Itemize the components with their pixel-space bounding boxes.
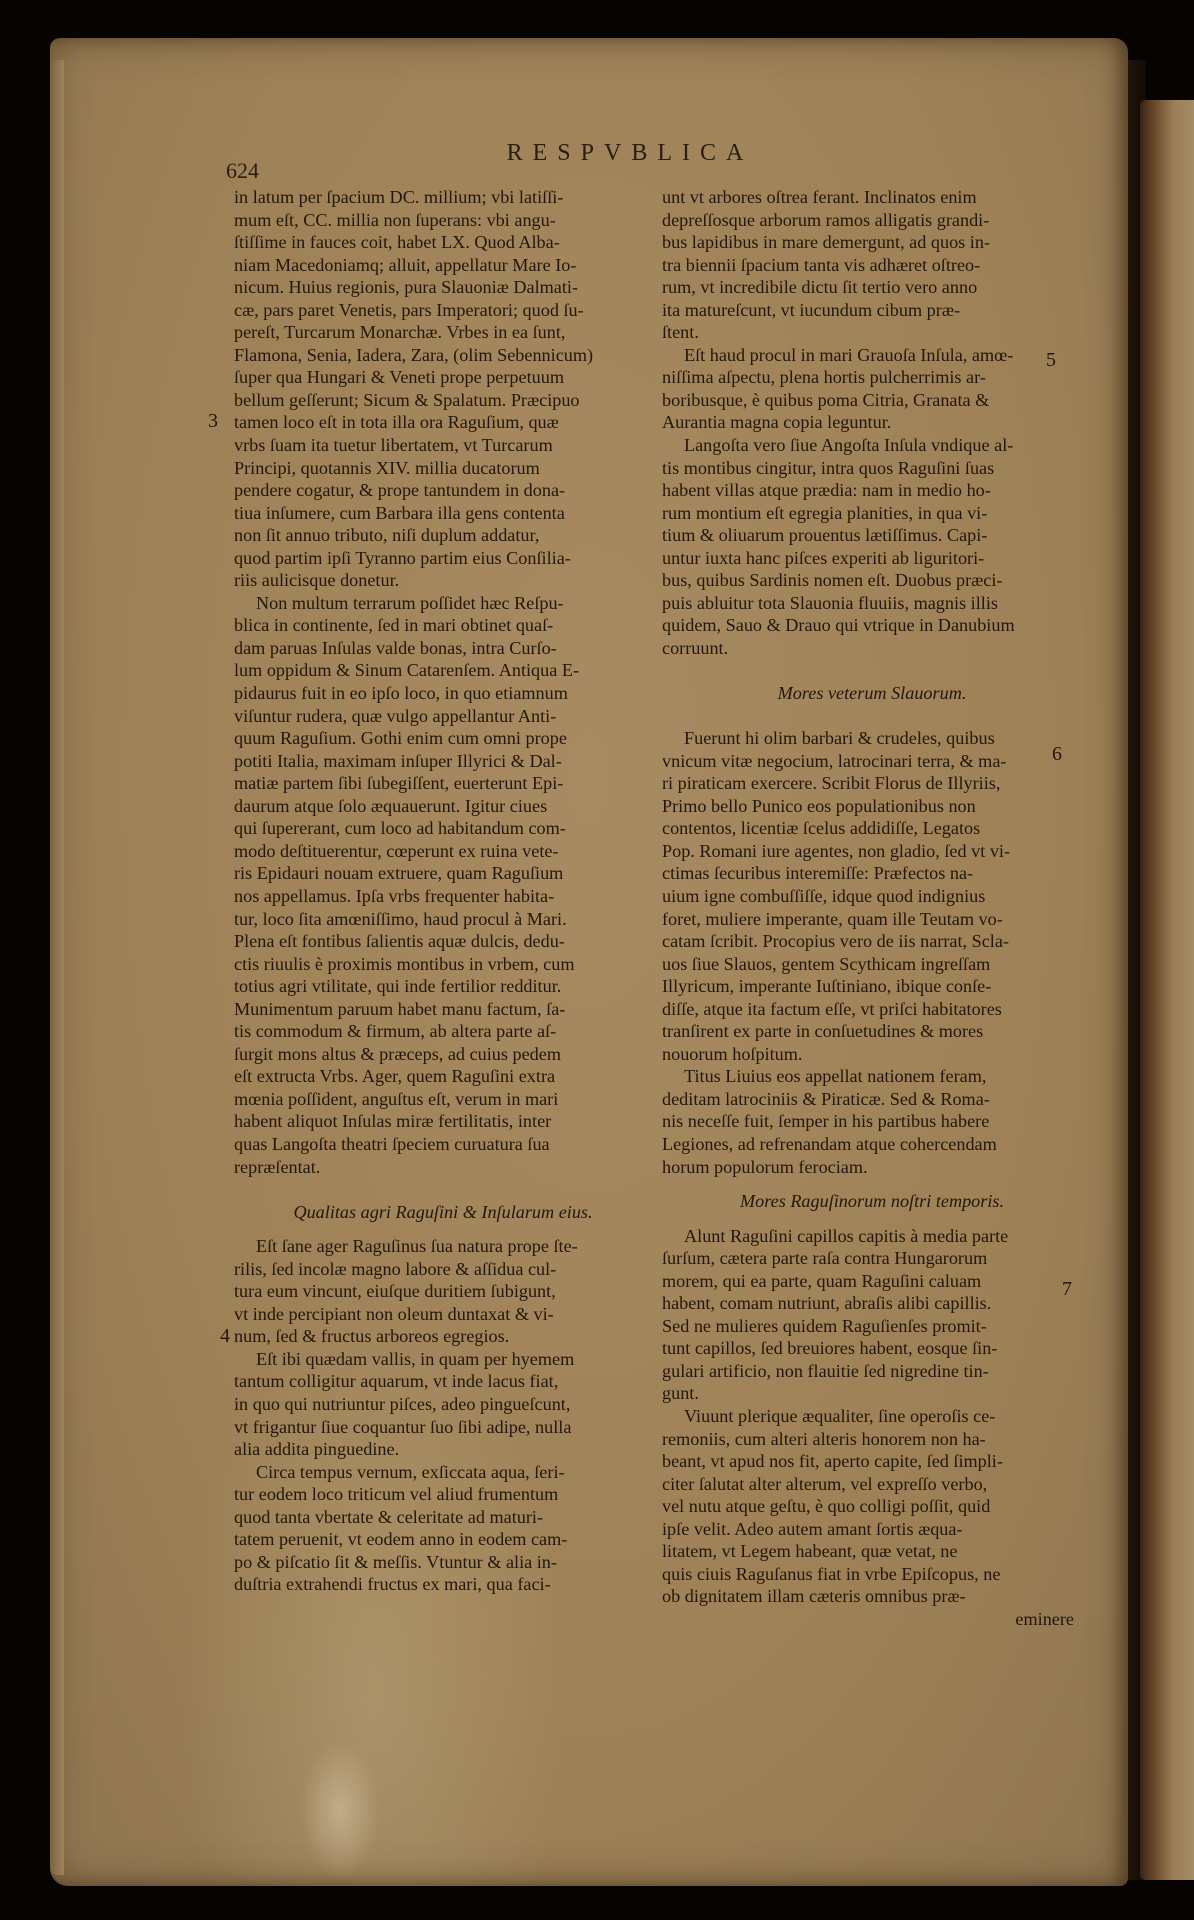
- text-line: cæ, pars paret Venetis, pars Imperatori;…: [234, 299, 652, 322]
- text-line: nouorum hoſpitum.: [662, 1043, 1082, 1066]
- text-line: vt frigantur ſiue coquantur ſuo ſibi adi…: [234, 1416, 652, 1439]
- text-line: non ſit annuo tributo, niſi duplum addat…: [234, 524, 652, 547]
- text-line: niſſima aſpectu, plena hortis pulcherrim…: [662, 366, 1082, 389]
- text-line: tunt capillos, ſed breuiores habent, eos…: [662, 1337, 1082, 1360]
- spacer: [662, 705, 1082, 728]
- text-line: Sed ne mulieres quidem Raguſienſes promi…: [662, 1315, 1082, 1338]
- text-line: tis commodum & firmum, ab altera parte a…: [234, 1020, 652, 1043]
- text-line: morem, qui ea parte, quam Raguſini calua…: [662, 1270, 1082, 1293]
- paper-stain: [300, 1740, 380, 1880]
- text-line: bus, quibus Sardinis nomen eſt. Duobus p…: [662, 569, 1082, 592]
- text-line: alia addita pinguedine.: [234, 1438, 652, 1461]
- text-line: tamen loco eſt in tota illa ora Raguſium…: [234, 411, 652, 434]
- text-line: tantum colligitur aquarum, vt inde lacus…: [234, 1370, 652, 1393]
- text-line: habent aliquot Inſulas miræ fertilitatis…: [234, 1110, 652, 1133]
- text-line: Illyricum, imperante Iuſtiniano, ibique …: [662, 975, 1082, 998]
- adjacent-page-edge: [1140, 100, 1194, 1880]
- text-line: ris Epidauri nouam extruere, quam Raguſi…: [234, 862, 652, 885]
- text-line: Eſt ibi quædam vallis, in quam per hyeme…: [234, 1348, 652, 1371]
- text-line: litatem, vt Legem habeant, quæ vetat, ne: [662, 1540, 1082, 1563]
- text-line: Primo bello Punico eos populationibus no…: [662, 795, 1082, 818]
- text-line: deditam latrociniis & Piraticæ. Sed & Ro…: [662, 1088, 1082, 1111]
- text-line: ctis riuulis è proximis montibus in vrbe…: [234, 953, 652, 976]
- text-line: dam paruas Inſulas valde bonas, intra Cu…: [234, 637, 652, 660]
- text-line: quis ciuis Raguſanus fiat in vrbe Epiſco…: [662, 1563, 1082, 1586]
- text-line: ita matureſcunt, vt iucundum cibum præ-: [662, 299, 1082, 322]
- text-line: habent, comam nutriunt, abraſis alibi ca…: [662, 1292, 1082, 1315]
- text-line: boribusque, è quibus poma Citria, Granat…: [662, 389, 1082, 412]
- text-line: tur, loco ſita amœniſſimo, haud procul à…: [234, 908, 652, 931]
- page-stack-edge: [50, 60, 64, 1875]
- text-line: num, ſed & fructus arboreos egregios.: [234, 1325, 652, 1348]
- text-line: beant, vt apud nos fit, aperto capite, ſ…: [662, 1450, 1082, 1473]
- text-line: nos appellamus. Ipſa vrbs frequenter hab…: [234, 885, 652, 908]
- running-head: RESPVBLICA: [500, 140, 760, 167]
- text-line: ipſe velit. Adeo autem amant ſortis æqua…: [662, 1518, 1082, 1541]
- margin-number-left: 3: [208, 410, 218, 433]
- text-line: Flamona, Senia, Iadera, Zara, (olim Sebe…: [234, 344, 652, 367]
- text-line: Munimentum paruum habet manu factum, ſa-: [234, 998, 652, 1021]
- text-line: Pop. Romani iure agentes, non gladio, ſe…: [662, 840, 1082, 863]
- text-line: untur iuxta hanc piſces experiti ab ligu…: [662, 547, 1082, 570]
- text-line: mœnia poſſident, anguſtus eſt, verum in …: [234, 1088, 652, 1111]
- text-line: repræſentat.: [234, 1156, 652, 1179]
- text-line: uium igne combuſſiſſe, idque quod indign…: [662, 885, 1082, 908]
- text-line: catam ſcribit. Procopius vero de iis nar…: [662, 930, 1082, 953]
- section-heading: Qualitas agri Raguſini & Inſularum eius.: [234, 1201, 652, 1224]
- margin-number-left: 4: [220, 1325, 230, 1348]
- text-line: vt inde percipiant non oleum duntaxat & …: [234, 1303, 652, 1326]
- text-line: ctimas ſecuribus interemiſſe: Præfectos …: [662, 862, 1082, 885]
- spacer: [234, 1223, 652, 1235]
- text-line: Alunt Raguſini capillos capitis à media …: [662, 1225, 1082, 1248]
- text-line: ſtiſſime in fauces coit, habet LX. Quod …: [234, 231, 652, 254]
- text-line: tis montibus cingitur, intra quos Raguſi…: [662, 457, 1082, 480]
- text-line: duſtria extrahendi fructus ex mari, qua …: [234, 1573, 652, 1596]
- text-line: ſuper qua Hungari & Veneti prope perpetu…: [234, 366, 652, 389]
- text-line: vnicum vitæ negocium, latrocinari terra,…: [662, 750, 1082, 773]
- spacer: [234, 1178, 652, 1201]
- text-line: niam Macedoniamq; alluit, appellatur Mar…: [234, 254, 652, 277]
- text-line: contentos, licentiæ ſcelus addidiſſe, Le…: [662, 817, 1082, 840]
- text-line: gulari artificio, non flauitie ſed nigre…: [662, 1360, 1082, 1383]
- text-line: rum montium eſt egregia planities, in qu…: [662, 502, 1082, 525]
- text-line: Langoſta vero ſiue Angoſta Inſula vndiqu…: [662, 434, 1082, 457]
- text-line: lum oppidum & Sinum Catarenſem. Antiqua …: [234, 659, 652, 682]
- text-line: nicum. Huius regionis, pura Slauoniæ Dal…: [234, 276, 652, 299]
- text-line: quod tanta vbertate & celeritate ad matu…: [234, 1506, 652, 1529]
- text-line: tiua inſumere, cum Barbara illa gens con…: [234, 502, 652, 525]
- text-line: tium & oliuarum prouentus lætiſſimus. Ca…: [662, 524, 1082, 547]
- text-line: bus lapidibus in mare demergunt, ad quos…: [662, 231, 1082, 254]
- text-line: ri piraticam exercere. Scribit Florus de…: [662, 772, 1082, 795]
- text-line: riis aulicisque donetur.: [234, 569, 652, 592]
- text-line: ob dignitatem illam cæteris omnibus præ-: [662, 1585, 1082, 1608]
- text-line: foret, muliere imperante, quam ille Teut…: [662, 908, 1082, 931]
- text-line: tatem peruenit, vt eodem anno in eodem c…: [234, 1528, 652, 1551]
- text-line: uos ſiue Slauos, gentem Scythicam ingreſ…: [662, 953, 1082, 976]
- text-line: tur eodem loco triticum vel aliud frumen…: [234, 1483, 652, 1506]
- text-line: ſurgit mons altus & præceps, ad cuius pe…: [234, 1043, 652, 1066]
- text-line: Aurantia magna copia leguntur.: [662, 411, 1082, 434]
- text-line: pereſt, Turcarum Monarchæ. Vrbes in ea ſ…: [234, 321, 652, 344]
- text-line: bellum geſſerunt; Sicum & Spalatum. Præc…: [234, 389, 652, 412]
- text-line: eſt extructa Vrbs. Ager, quem Raguſini e…: [234, 1065, 652, 1088]
- text-line: habent villas atque prædia: nam in medio…: [662, 479, 1082, 502]
- text-line: Fuerunt hi olim barbari & crudeles, quib…: [662, 727, 1082, 750]
- text-line: Plena eſt fontibus ſalientis aquæ dulcis…: [234, 930, 652, 953]
- text-line: Eſt haud procul in mari Grauoſa Inſula, …: [662, 344, 1082, 367]
- text-line: Non multum terrarum poſſidet hæc Reſpu-: [234, 592, 652, 615]
- text-line: viſuntur rudera, quæ vulgo appellantur A…: [234, 705, 652, 728]
- text-line: quas Langoſta theatri ſpeciem curuatura …: [234, 1133, 652, 1156]
- text-line: rum, vt incredibile dictu ſit tertio ver…: [662, 276, 1082, 299]
- text-line: tra biennii ſpacium tanta vis adhæret oſ…: [662, 254, 1082, 277]
- text-line: pidaurus fuit in eo ipſo loco, in quo et…: [234, 682, 652, 705]
- text-line: tranſirent ex parte in conſuetudines & m…: [662, 1020, 1082, 1043]
- text-line: vrbs ſuam ita tuetur libertatem, vt Turc…: [234, 434, 652, 457]
- text-line: Eſt ſane ager Raguſinus ſua natura prope…: [234, 1235, 652, 1258]
- text-line: daurum atque ſolo æquauerunt. Igitur ciu…: [234, 795, 652, 818]
- text-line: matiæ partem ſibi ſubegiſſent, euerterun…: [234, 772, 652, 795]
- text-line: mum eſt, CC. millia non ſuperans: vbi an…: [234, 209, 652, 232]
- text-line: Circa tempus vernum, exſiccata aqua, ſer…: [234, 1461, 652, 1484]
- page-number: 624: [226, 158, 259, 184]
- text-line: vel nutu atque geſtu, è quo colligi poſſ…: [662, 1495, 1082, 1518]
- spacer: [662, 659, 1082, 682]
- catchword: eminere: [662, 1608, 1082, 1631]
- text-line: corruunt.: [662, 637, 1082, 660]
- text-line: potiti Italia, maximam inſuper Illyrici …: [234, 750, 652, 773]
- text-line: citer ſalutat alter alterum, vel expreſſ…: [662, 1473, 1082, 1496]
- spacer: [662, 1178, 1082, 1190]
- section-heading: Mores Raguſinorum noſtri temporis.: [662, 1190, 1082, 1213]
- text-line: pendere cogatur, & prope tantundem in do…: [234, 479, 652, 502]
- text-line: rilis, ſed incolæ magno labore & aſſidua…: [234, 1258, 652, 1281]
- text-line: quod partim ipſi Tyranno partim eius Con…: [234, 547, 652, 570]
- text-line: Legiones, ad refrenandam atque cohercend…: [662, 1133, 1082, 1156]
- text-line: modo deſtituerentur, cœperunt ex ruina v…: [234, 840, 652, 863]
- text-line: in quo qui nutriuntur piſces, adeo pingu…: [234, 1393, 652, 1416]
- text-line: qui ſupererant, cum loco ad habitandum c…: [234, 817, 652, 840]
- text-line: tura eum vincunt, eiuſque duritiem ſubig…: [234, 1280, 652, 1303]
- text-line: Viuunt plerique æqualiter, ſine operoſis…: [662, 1405, 1082, 1428]
- spacer: [662, 1213, 1082, 1225]
- text-line: ſtent.: [662, 321, 1082, 344]
- right-column: unt vt arbores oſtrea ferant. Inclinatos…: [662, 186, 1082, 1630]
- text-line: ſurſum, cætera parte raſa contra Hungaro…: [662, 1247, 1082, 1270]
- text-line: horum populorum ferociam.: [662, 1156, 1082, 1179]
- text-line: po & piſcatio ſit & meſſis. Vtuntur & al…: [234, 1551, 652, 1574]
- text-line: remoniis, cum alteri alteris honorem non…: [662, 1428, 1082, 1451]
- text-line: Principi, quotannis XIV. millia ducatoru…: [234, 457, 652, 480]
- text-line: quum Raguſium. Gothi enim cum omni prope: [234, 727, 652, 750]
- text-line: totius agri vtilitate, qui inde fertilio…: [234, 975, 652, 998]
- text-line: puis abluitur tota Slauonia fluuiis, mag…: [662, 592, 1082, 615]
- text-line: quidem, Sauo & Drauo qui vtrique in Danu…: [662, 614, 1082, 637]
- text-line: unt vt arbores oſtrea ferant. Inclinatos…: [662, 186, 1082, 209]
- text-line: diſſe, atque ita factum eſſe, vt priſci …: [662, 998, 1082, 1021]
- text-line: depreſſosque arborum ramos alligatis gra…: [662, 209, 1082, 232]
- text-line: in latum per ſpacium DC. millium; vbi la…: [234, 186, 652, 209]
- text-line: blica in continente, ſed in mari obtinet…: [234, 614, 652, 637]
- text-line: Titus Liuius eos appellat nationem feram…: [662, 1065, 1082, 1088]
- section-heading: Mores veterum Slauorum.: [662, 682, 1082, 705]
- text-line: gunt.: [662, 1382, 1082, 1405]
- text-line: nis neceſſe fuit, ſemper in his partibus…: [662, 1110, 1082, 1133]
- left-column: in latum per ſpacium DC. millium; vbi la…: [234, 186, 652, 1596]
